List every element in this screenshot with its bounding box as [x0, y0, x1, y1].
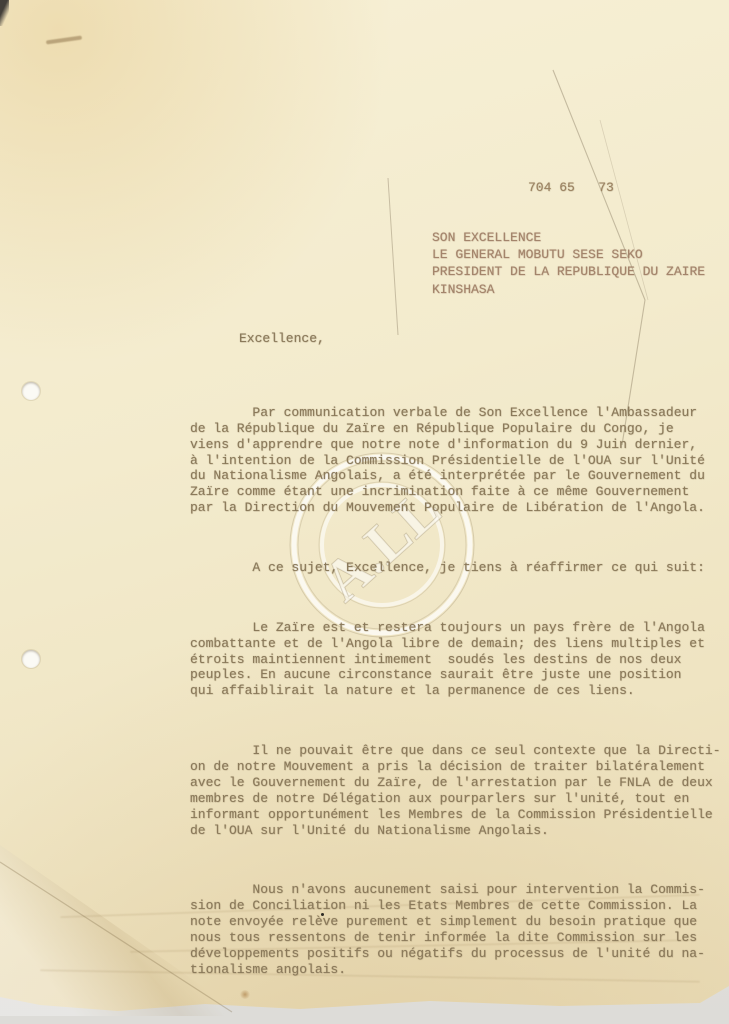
scanned-letter-page: A.LL 704 65 73 SON EXCELLENCE LE GENERAL… [0, 0, 729, 1024]
reference-number: 704 65 73 [528, 180, 614, 196]
paragraph-3: Le Zaïre est et restera toujours un pays… [190, 620, 729, 700]
punch-hole-top [22, 382, 40, 400]
paragraph-2: A ce sujet, Excellence, je tiens à réaff… [190, 560, 729, 576]
recipient-address: SON EXCELLENCE LE GENERAL MOBUTU SESE SE… [432, 229, 705, 298]
paragraph-1: Par communication verbale de Son Excelle… [190, 405, 729, 516]
paragraph-5: Nous n'avons aucunement saisi pour inter… [190, 882, 729, 977]
paragraph-4: Il ne pouvait être que dans ce seul cont… [190, 743, 729, 838]
salutation: Excellence, [239, 331, 325, 347]
punch-hole-bottom [22, 650, 40, 668]
scan-corner-shadow [0, 0, 9, 26]
letter-body: Par communication verbale de Son Excelle… [190, 373, 729, 1022]
